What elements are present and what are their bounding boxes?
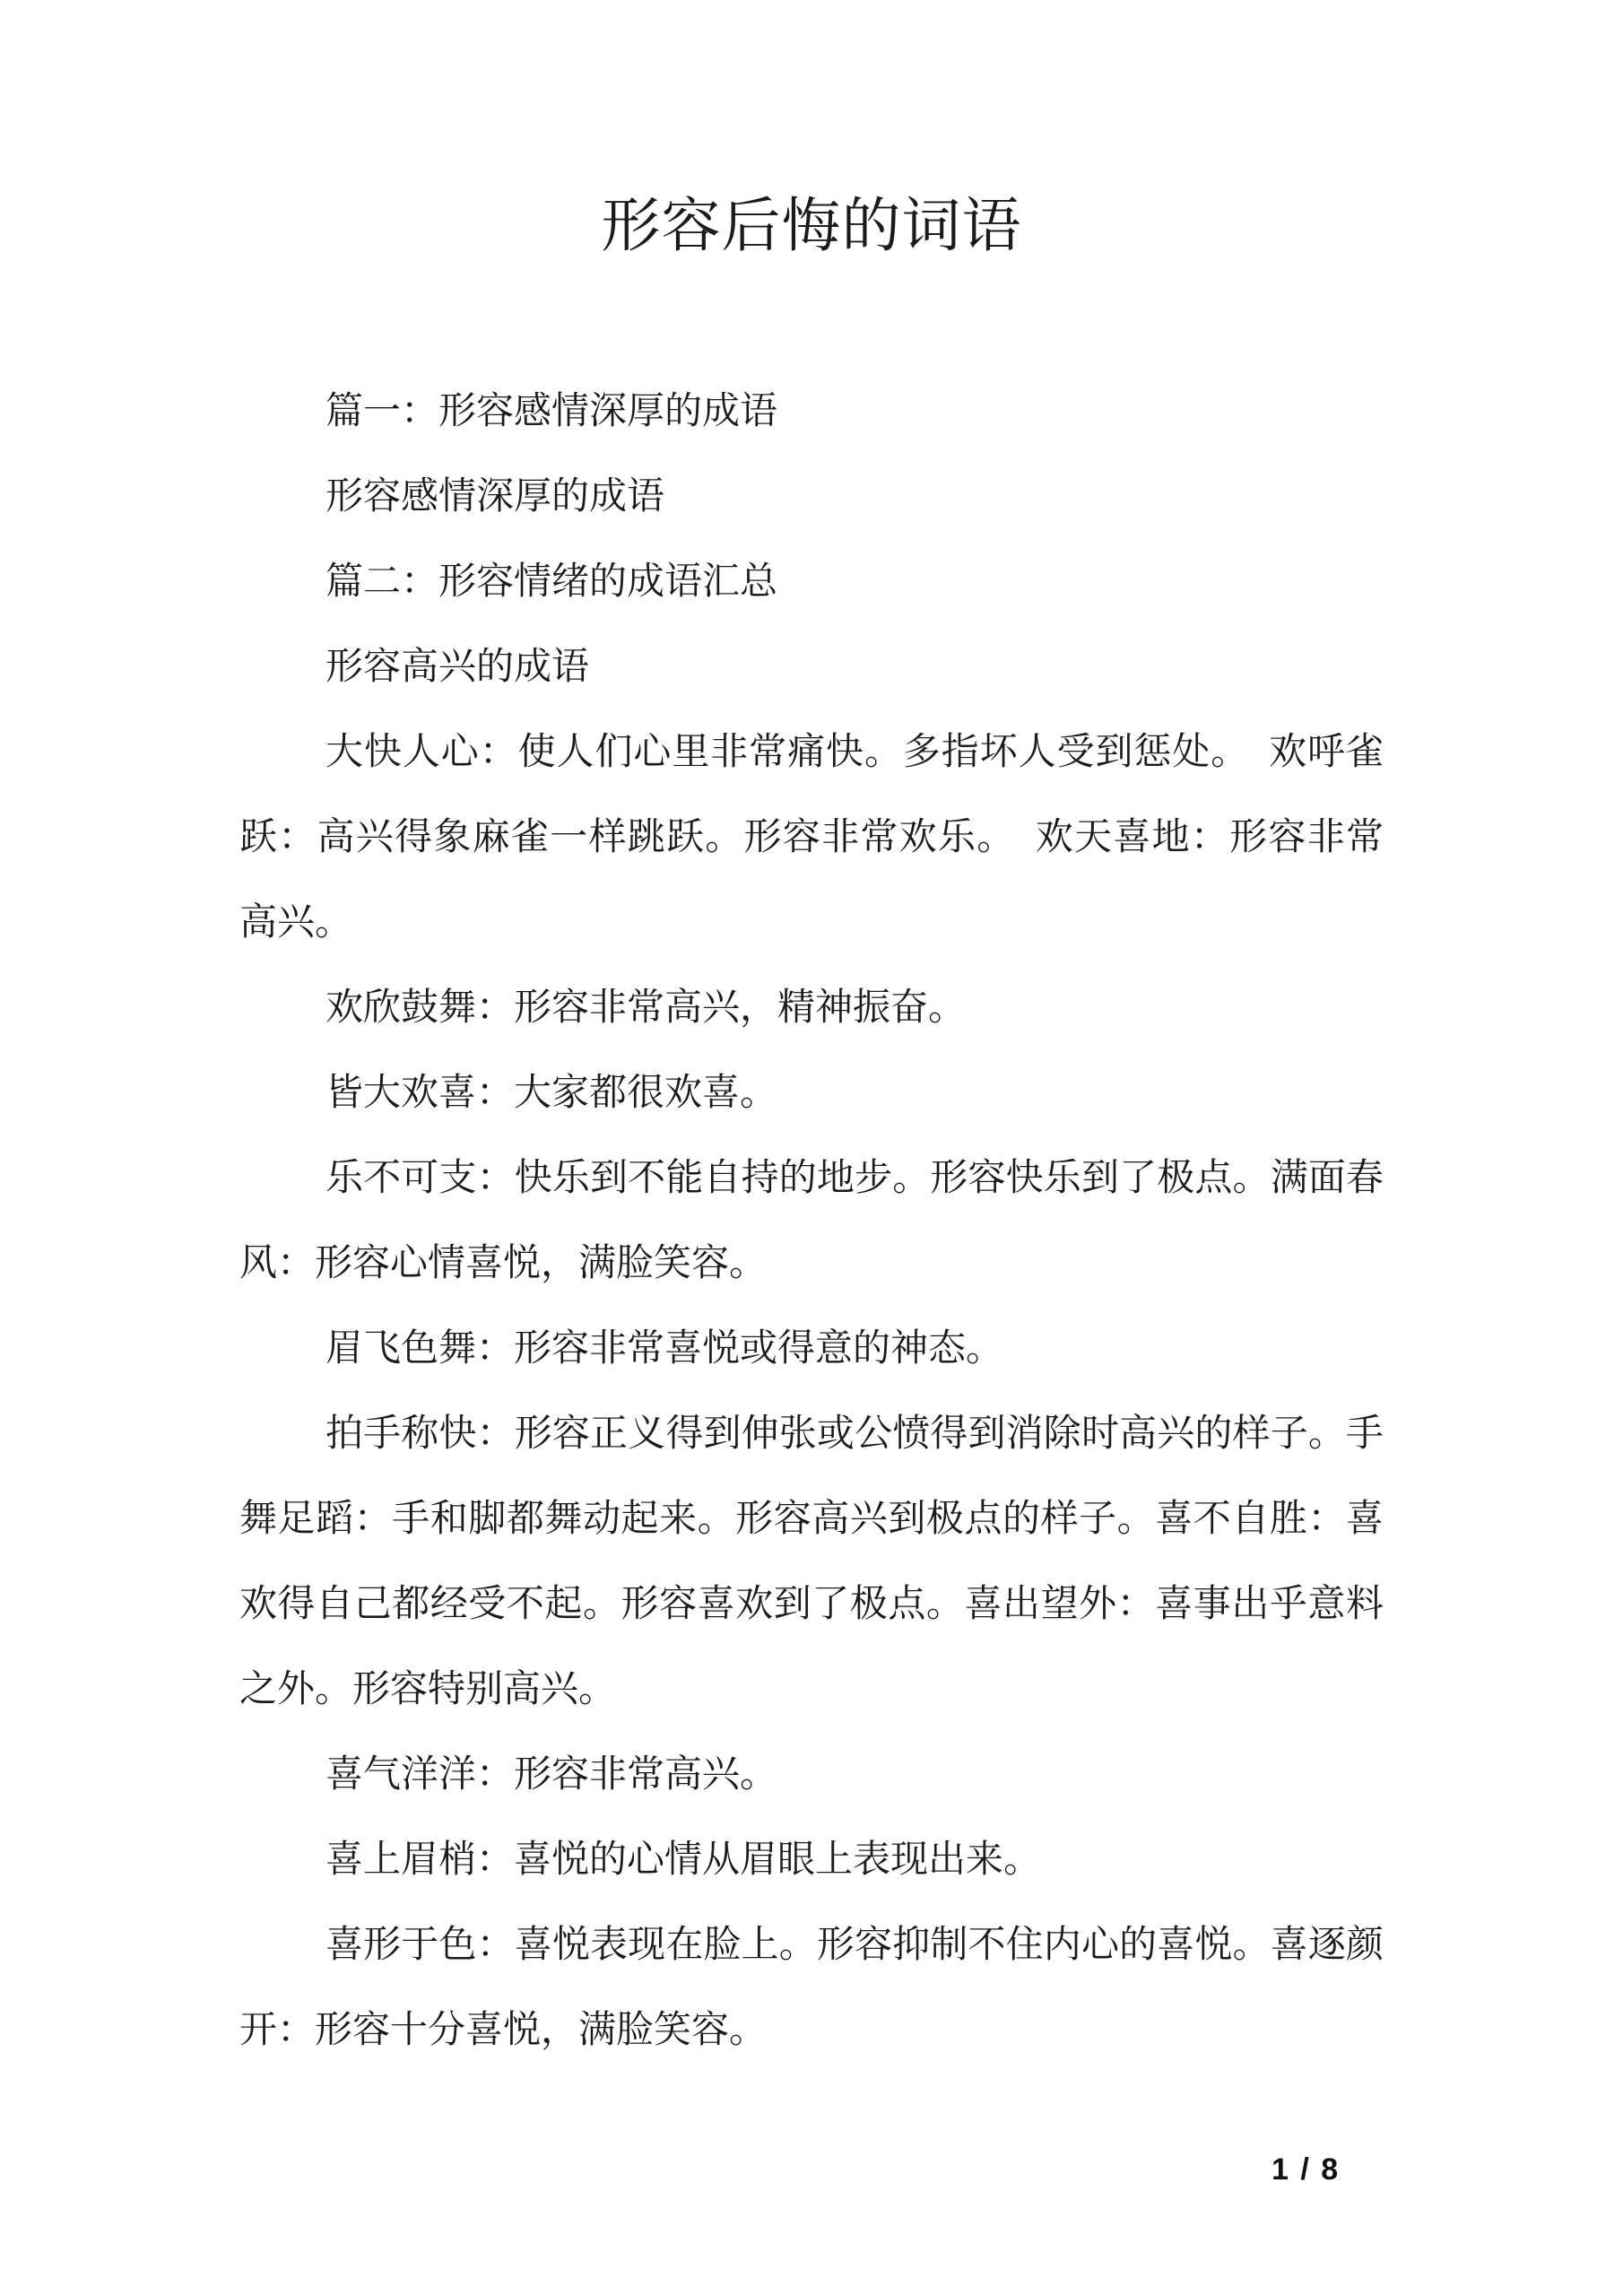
paragraph: 欢欣鼓舞：形容非常高兴，精神振奋。 (239, 966, 1384, 1051)
paragraph: 篇一：形容感情深厚的成语 (239, 370, 1384, 455)
paragraph: 皆大欢喜：大家都很欢喜。 (239, 1051, 1384, 1136)
paragraph: 眉飞色舞：形容非常喜悦或得意的神态。 (239, 1307, 1384, 1392)
document-page: 形容后悔的词语 篇一：形容感情深厚的成语形容感情深厚的成语篇二：形容情绪的成语汇… (0, 0, 1623, 2296)
paragraph: 拍手称快：形容正义得到伸张或公愤得到消除时高兴的样子。手舞足蹈：手和脚都舞动起来… (239, 1392, 1384, 1733)
paragraph: 大快人心：使人们心里非常痛快。多指坏人受到惩处。 欢呼雀跃：高兴得象麻雀一样跳跃… (239, 710, 1384, 966)
paragraph: 形容高兴的成语 (239, 625, 1384, 710)
document-title: 形容后悔的词语 (0, 196, 1623, 257)
paragraph: 喜形于色：喜悦表现在脸上。形容抑制不住内心的喜悦。喜逐颜开：形容十分喜悦，满脸笑… (239, 1903, 1384, 2074)
paragraph: 篇二：形容情绪的成语汇总 (239, 540, 1384, 625)
document-body: 篇一：形容感情深厚的成语形容感情深厚的成语篇二：形容情绪的成语汇总形容高兴的成语… (239, 370, 1384, 2074)
paragraph: 形容感情深厚的成语 (239, 455, 1384, 540)
paragraph: 喜上眉梢：喜悦的心情从眉眼上表现出来。 (239, 1818, 1384, 1903)
page-number: 1 / 8 (1271, 2152, 1340, 2187)
paragraph: 喜气洋洋：形容非常高兴。 (239, 1733, 1384, 1818)
paragraph: 乐不可支：快乐到不能自持的地步。形容快乐到了极点。满面春风：形容心情喜悦，满脸笑… (239, 1136, 1384, 1307)
